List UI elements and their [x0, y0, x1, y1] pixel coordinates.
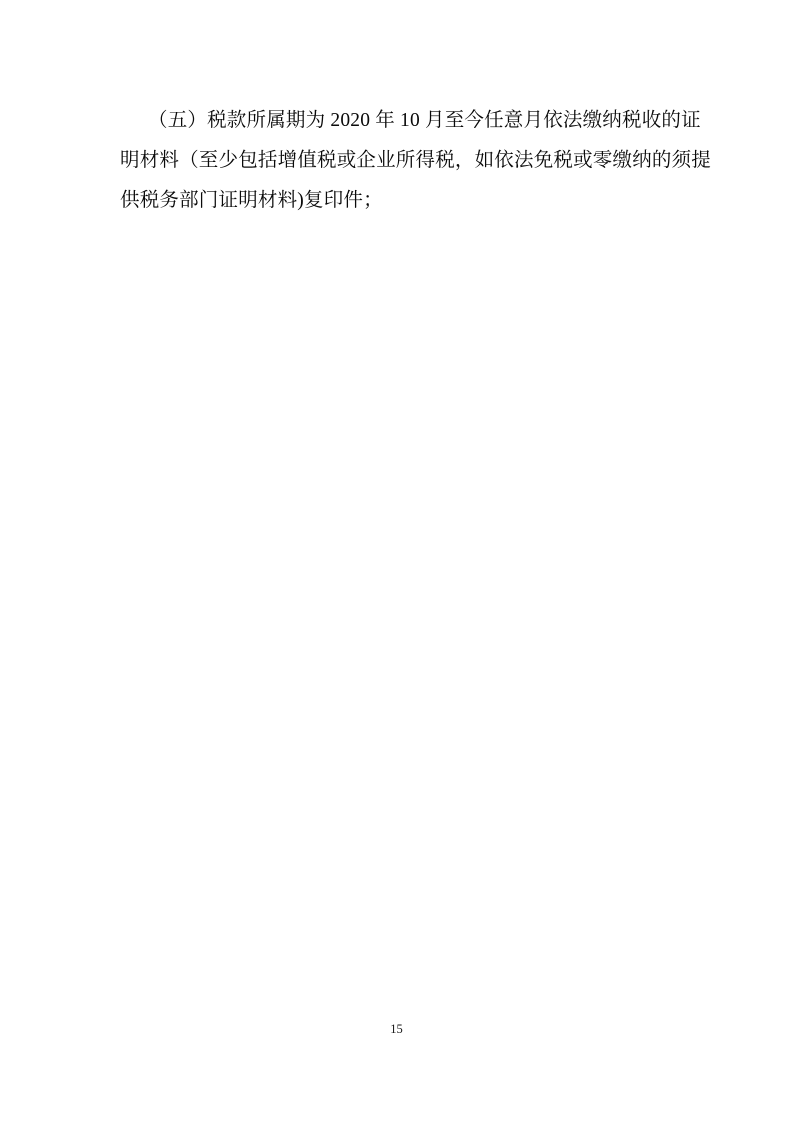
page-number: 15: [390, 1021, 403, 1037]
paragraph-line-3: 供税务部门证明材料)复印件；: [120, 181, 676, 221]
paragraph-line-2: 明材料（至少包括增值税或企业所得税，如依法免税或零缴纳的须提: [120, 141, 676, 181]
paragraph-line-1: （五）税款所属期为 2020 年 10 月至今任意月依法缴纳税收的证: [120, 101, 676, 141]
page-footer: 15: [0, 1020, 793, 1038]
paragraph: （五）税款所属期为 2020 年 10 月至今任意月依法缴纳税收的证 明材料（至…: [120, 101, 676, 221]
document-page: （五）税款所属期为 2020 年 10 月至今任意月依法缴纳税收的证 明材料（至…: [0, 0, 793, 1122]
